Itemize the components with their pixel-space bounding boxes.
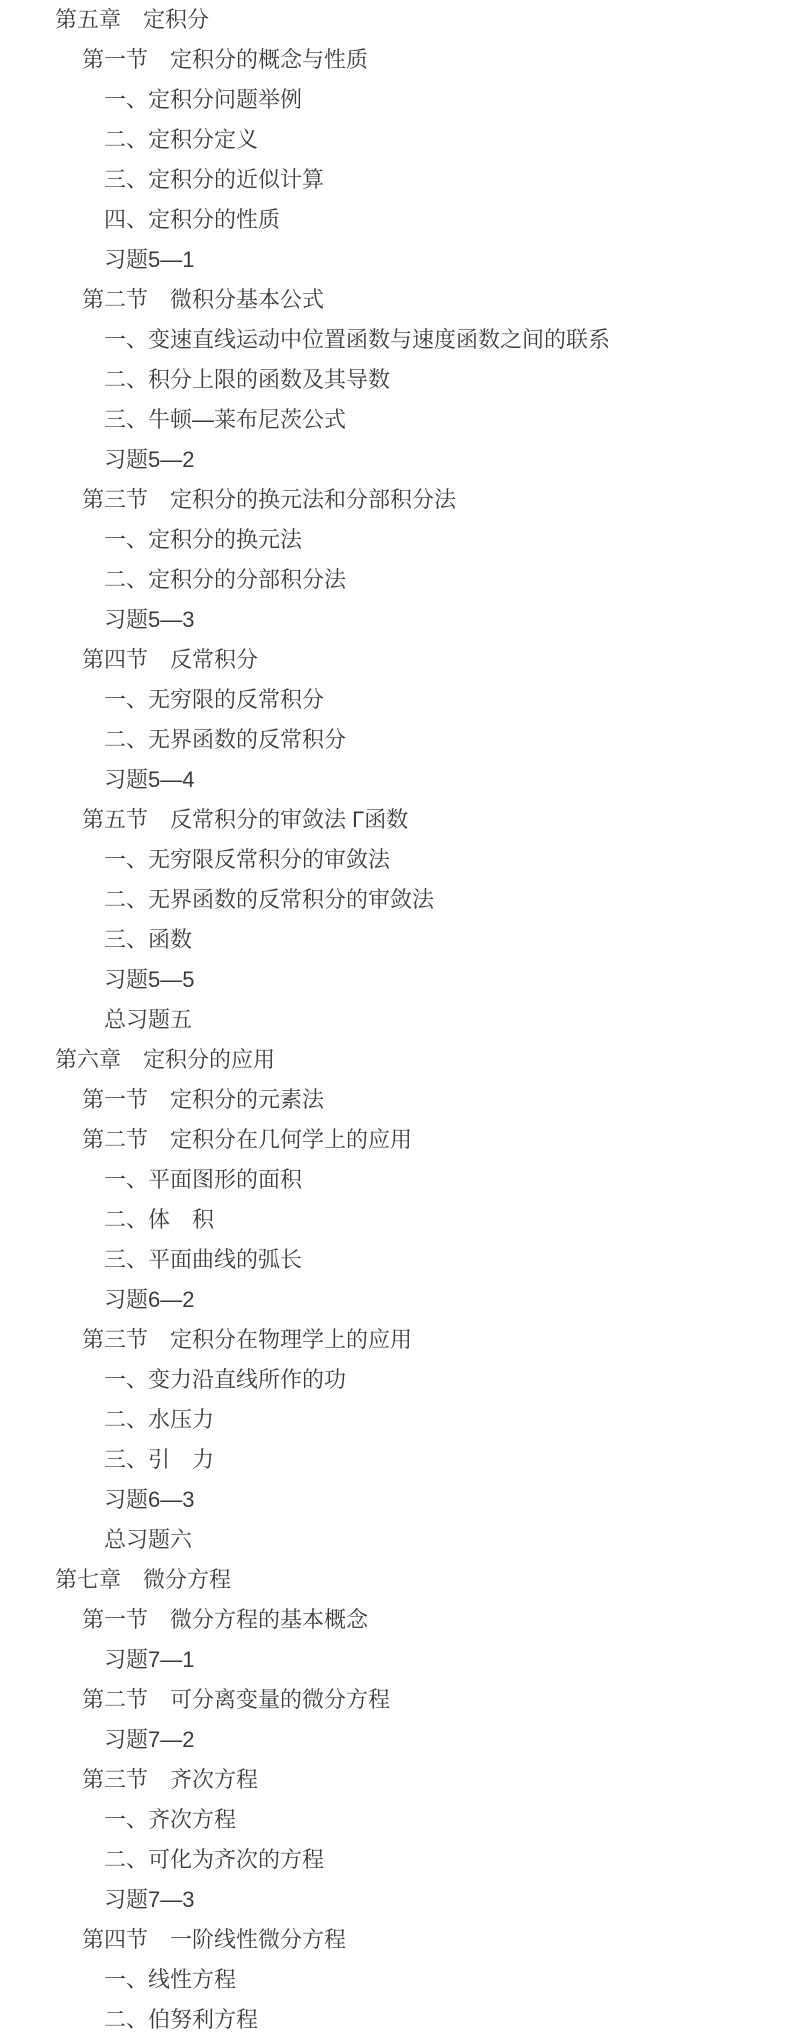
toc-entry-item: 一、齐次方程 [0, 1800, 790, 1840]
toc-entry-text: 习题5—1 [104, 247, 194, 272]
toc-entry-item: 二、定积分的分部积分法 [0, 560, 790, 600]
toc-entry-item: 习题7—2 [0, 1720, 790, 1760]
toc-entry-item: 一、变速直线运动中位置函数与速度函数之间的联系 [0, 320, 790, 360]
toc-entry-text: 四、定积分的性质 [104, 207, 280, 232]
toc-entry-item: 习题5—4 [0, 760, 790, 800]
toc-entry-text: 一、齐次方程 [104, 1807, 236, 1832]
toc-entry-item: 习题5—3 [0, 600, 790, 640]
toc-entry-text: 习题7—3 [104, 1887, 194, 1912]
toc-entry-text: 三、牛顿—莱布尼茨公式 [104, 407, 346, 432]
toc-entry-text: 第七章 微分方程 [55, 1567, 231, 1592]
toc-entry-item: 三、函数 [0, 920, 790, 960]
toc-entry-text: 习题5—5 [104, 967, 194, 992]
toc-entry-text: 第五节 反常积分的审敛法 Γ函数 [82, 807, 408, 832]
toc-entry-text: 一、定积分问题举例 [104, 87, 302, 112]
toc-entry-item: 三、引 力 [0, 1440, 790, 1480]
toc-entry-text: 总习题五 [104, 1007, 192, 1032]
toc-entry-item: 二、无界函数的反常积分 [0, 720, 790, 760]
toc-entry-text: 二、无界函数的反常积分的审敛法 [104, 887, 434, 912]
toc-entry-text: 一、平面图形的面积 [104, 1167, 302, 1192]
toc-entry-item: 习题5—5 [0, 960, 790, 1000]
toc-entry-item: 二、体 积 [0, 1200, 790, 1240]
toc-entry-section: 第一节 定积分的概念与性质 [0, 40, 790, 80]
table-of-contents: 第五章 定积分第一节 定积分的概念与性质一、定积分问题举例二、定积分定义三、定积… [0, 0, 790, 2040]
toc-entry-section: 第五节 反常积分的审敛法 Γ函数 [0, 800, 790, 840]
toc-entry-text: 第五章 定积分 [55, 7, 209, 32]
toc-entry-item: 二、可化为齐次的方程 [0, 1840, 790, 1880]
toc-entry-text: 第三节 定积分的换元法和分部积分法 [82, 487, 456, 512]
toc-entry-text: 二、定积分定义 [104, 127, 258, 152]
toc-entry-text: 第一节 定积分的概念与性质 [82, 47, 368, 72]
toc-entry-text: 第四节 一阶线性微分方程 [82, 1927, 346, 1952]
toc-entry-item: 习题6—2 [0, 1280, 790, 1320]
toc-entry-text: 第一节 微分方程的基本概念 [82, 1607, 368, 1632]
toc-entry-text: 习题6—3 [104, 1487, 194, 1512]
toc-entry-item: 二、无界函数的反常积分的审敛法 [0, 880, 790, 920]
toc-entry-text: 一、无穷限的反常积分 [104, 687, 324, 712]
toc-entry-item: 二、积分上限的函数及其导数 [0, 360, 790, 400]
toc-entry-item: 三、定积分的近似计算 [0, 160, 790, 200]
toc-entry-text: 第三节 定积分在物理学上的应用 [82, 1327, 412, 1352]
toc-entry-item: 总习题六 [0, 1520, 790, 1560]
toc-entry-item: 一、无穷限反常积分的审敛法 [0, 840, 790, 880]
toc-entry-item: 三、平面曲线的弧长 [0, 1240, 790, 1280]
toc-entry-text: 习题5—3 [104, 607, 194, 632]
toc-entry-item: 习题5—1 [0, 240, 790, 280]
toc-entry-text: 第四节 反常积分 [82, 647, 258, 672]
toc-entry-chapter: 第六章 定积分的应用 [0, 1040, 790, 1080]
toc-entry-item: 一、无穷限的反常积分 [0, 680, 790, 720]
toc-entry-item: 一、定积分问题举例 [0, 80, 790, 120]
toc-entry-text: 习题6—2 [104, 1287, 194, 1312]
toc-entry-section: 第三节 齐次方程 [0, 1760, 790, 1800]
toc-entry-text: 二、可化为齐次的方程 [104, 1847, 324, 1872]
toc-entry-item: 三、牛顿—莱布尼茨公式 [0, 400, 790, 440]
toc-entry-text: 二、伯努利方程 [104, 2007, 258, 2032]
toc-entry-text: 第二节 定积分在几何学上的应用 [82, 1127, 412, 1152]
toc-entry-text: 习题7—1 [104, 1647, 194, 1672]
toc-entry-item: 一、变力沿直线所作的功 [0, 1360, 790, 1400]
toc-entry-text: 第二节 微积分基本公式 [82, 287, 324, 312]
toc-entry-item: 习题5—2 [0, 440, 790, 480]
toc-entry-section: 第二节 微积分基本公式 [0, 280, 790, 320]
toc-entry-text: 习题7—2 [104, 1727, 194, 1752]
toc-entry-text: 三、函数 [104, 927, 192, 952]
toc-entry-item: 一、定积分的换元法 [0, 520, 790, 560]
toc-entry-text: 二、积分上限的函数及其导数 [104, 367, 390, 392]
toc-entry-text: 习题5—2 [104, 447, 194, 472]
toc-entry-section: 第四节 一阶线性微分方程 [0, 1920, 790, 1960]
toc-entry-item: 一、线性方程 [0, 1960, 790, 2000]
toc-entry-section: 第一节 定积分的元素法 [0, 1080, 790, 1120]
toc-entry-item: 二、水压力 [0, 1400, 790, 1440]
toc-entry-text: 一、无穷限反常积分的审敛法 [104, 847, 390, 872]
toc-entry-item: 二、伯努利方程 [0, 2000, 790, 2040]
toc-entry-chapter: 第七章 微分方程 [0, 1560, 790, 1600]
toc-entry-section: 第三节 定积分的换元法和分部积分法 [0, 480, 790, 520]
toc-entry-text: 一、变速直线运动中位置函数与速度函数之间的联系 [104, 327, 610, 352]
toc-entry-item: 习题7—3 [0, 1880, 790, 1920]
toc-entry-text: 三、平面曲线的弧长 [104, 1247, 302, 1272]
toc-entry-item: 总习题五 [0, 1000, 790, 1040]
toc-entry-text: 二、定积分的分部积分法 [104, 567, 346, 592]
toc-entry-text: 二、体 积 [104, 1207, 214, 1232]
toc-entry-section: 第四节 反常积分 [0, 640, 790, 680]
toc-entry-text: 第三节 齐次方程 [82, 1767, 258, 1792]
toc-entry-item: 二、定积分定义 [0, 120, 790, 160]
toc-entry-text: 二、水压力 [104, 1407, 214, 1432]
toc-entry-text: 第六章 定积分的应用 [55, 1047, 275, 1072]
toc-entry-text: 习题5—4 [104, 767, 194, 792]
toc-entry-text: 二、无界函数的反常积分 [104, 727, 346, 752]
toc-entry-item: 习题7—1 [0, 1640, 790, 1680]
toc-entry-text: 第一节 定积分的元素法 [82, 1087, 324, 1112]
toc-entry-text: 三、定积分的近似计算 [104, 167, 324, 192]
toc-entry-text: 第二节 可分离变量的微分方程 [82, 1687, 390, 1712]
toc-entry-text: 三、引 力 [104, 1447, 214, 1472]
toc-entry-item: 习题6—3 [0, 1480, 790, 1520]
toc-entry-section: 第二节 可分离变量的微分方程 [0, 1680, 790, 1720]
toc-entry-text: 一、线性方程 [104, 1967, 236, 1992]
toc-entry-section: 第二节 定积分在几何学上的应用 [0, 1120, 790, 1160]
toc-entry-section: 第一节 微分方程的基本概念 [0, 1600, 790, 1640]
toc-entry-chapter: 第五章 定积分 [0, 0, 790, 40]
toc-entry-section: 第三节 定积分在物理学上的应用 [0, 1320, 790, 1360]
toc-entry-item: 一、平面图形的面积 [0, 1160, 790, 1200]
toc-entry-text: 一、变力沿直线所作的功 [104, 1367, 346, 1392]
toc-entry-item: 四、定积分的性质 [0, 200, 790, 240]
toc-entry-text: 总习题六 [104, 1527, 192, 1552]
toc-entry-text: 一、定积分的换元法 [104, 527, 302, 552]
